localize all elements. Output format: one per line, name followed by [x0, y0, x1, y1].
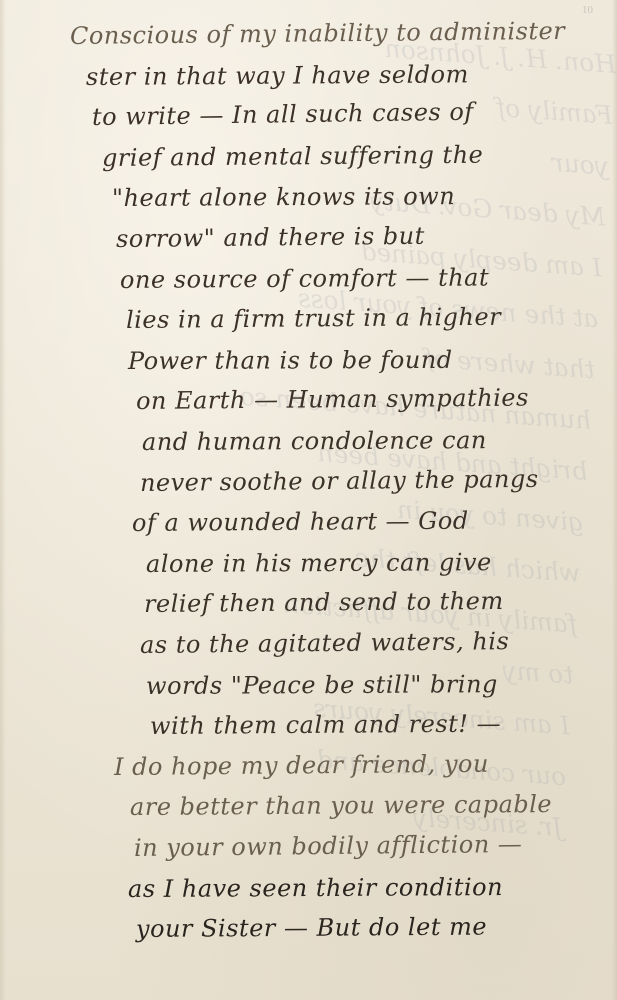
- handwritten-line: as I have seen their condition: [128, 873, 503, 903]
- handwritten-line: with them calm and rest! —: [150, 710, 501, 740]
- handwritten-line: on Earth — Human sympathies: [136, 384, 529, 415]
- handwritten-line: of a wounded heart — God: [132, 507, 469, 537]
- handwritten-line: Power than is to be found: [128, 346, 453, 375]
- letter-page: 10 Hon. H. J. Johnson Family of your My …: [0, 0, 617, 1000]
- handwritten-line: grief and mental suffering the: [102, 140, 484, 171]
- page-number: 10: [582, 4, 593, 16]
- handwritten-line: sorrow" and there is but: [116, 222, 425, 253]
- handwritten-line: your Sister — But do let me: [136, 913, 487, 943]
- handwritten-line: lies in a firm trust in a higher: [126, 303, 501, 334]
- handwritten-line: Conscious of my inability to administer: [70, 17, 566, 50]
- handwritten-line: in your own bodily affliction —: [134, 830, 523, 862]
- handwritten-line: are better than you were capable: [130, 790, 552, 821]
- handwritten-line: to write — In all such cases of: [92, 98, 474, 131]
- handwritten-line: I do hope my dear friend, you: [114, 750, 489, 781]
- handwritten-line: and human condolence can: [142, 426, 487, 456]
- handwritten-line: alone in his mercy can give: [146, 548, 492, 578]
- handwritten-line: never soothe or allay the pangs: [140, 464, 539, 496]
- handwritten-line: "heart alone knows its own: [112, 183, 455, 213]
- handwritten-line: as to the agitated waters, his: [140, 627, 510, 659]
- handwritten-line: ster in that way I have seldom: [86, 60, 469, 91]
- handwritten-line: one source of comfort — that: [120, 263, 489, 294]
- handwritten-line: words "Peace be still" bring: [146, 670, 498, 700]
- handwritten-line: relief then and send to them: [144, 587, 504, 618]
